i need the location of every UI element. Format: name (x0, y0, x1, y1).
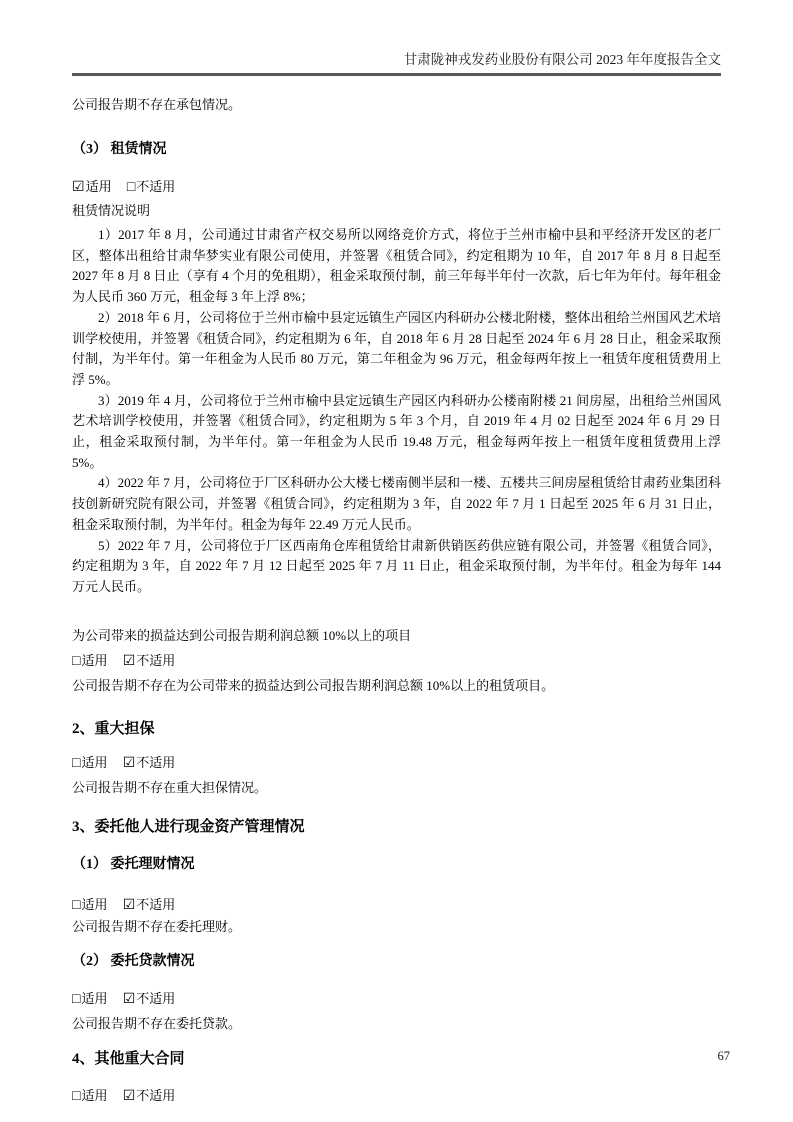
unchecked-box-icon: □ (72, 756, 80, 771)
heading-cash-management: 3、委托他人进行现金资产管理情况 (72, 816, 721, 838)
lease-item: 2）2018 年 6 月，公司将位于兰州市榆中县定远镇生产园区内科研办公楼北附楼… (72, 308, 721, 391)
not-applicable-label: 不适用 (136, 991, 175, 1006)
checked-box-icon: ☑ (123, 898, 136, 913)
checkbox-not-applicable: □不适用 (127, 179, 175, 194)
heading-entrusted-wealth: （1） 委托理财情况 (72, 855, 721, 875)
wealth-applicability-line: □适用 ☑不适用 (72, 895, 721, 916)
report-title: 甘肃陇神戎发药业股份有限公司 2023 年年度报告全文 (404, 52, 721, 67)
page-number: 67 (718, 1049, 731, 1064)
checkbox-not-applicable: ☑不适用 (123, 755, 176, 770)
checked-box-icon: ☑ (123, 654, 136, 669)
applicable-label: 适用 (81, 653, 107, 668)
checkbox-not-applicable: ☑不适用 (123, 1088, 176, 1103)
lease-profit-label: 为公司带来的损益达到公司报告期利润总额 10%以上的项目 (72, 626, 721, 646)
not-applicable-label: 不适用 (136, 653, 175, 668)
not-applicable-label: 不适用 (136, 179, 175, 194)
lease-item: 5）2022 年 7 月，公司将位于厂区西南角仓库租赁给甘肃新供销医药供应链有限… (72, 536, 721, 598)
loan-applicability-line: □适用 ☑不适用 (72, 989, 721, 1010)
checkbox-applicable: ☑适用 (72, 179, 112, 194)
applicable-label: 适用 (81, 897, 107, 912)
heading-other-contracts: 4、其他重大合同 (72, 1048, 721, 1070)
lease-item: 3）2019 年 4 月，公司将位于兰州市榆中县定远镇生产园区内科研办公楼南附楼… (72, 391, 721, 474)
unchecked-box-icon: □ (72, 992, 80, 1007)
report-page: 甘肃陇神戎发药业股份有限公司 2023 年年度报告全文 公司报告期不存在承包情况… (0, 0, 793, 1122)
lease-profit-applicability-line: □适用 ☑不适用 (72, 651, 721, 672)
not-applicable-label: 不适用 (136, 897, 175, 912)
guarantee-applicability-line: □适用 ☑不适用 (72, 753, 721, 774)
checkbox-applicable: □适用 (72, 897, 107, 912)
contracting-note: 公司报告期不存在承包情况。 (72, 95, 721, 115)
not-applicable-label: 不适用 (136, 755, 175, 770)
checked-box-icon: ☑ (72, 180, 85, 195)
lease-profit-note: 公司报告期不存在为公司带来的损益达到公司报告期利润总额 10%以上的租赁项目。 (72, 676, 721, 696)
heading-entrusted-loan: （2） 委托贷款情况 (72, 952, 721, 972)
lease-applicability-line: ☑适用 □不适用 (72, 177, 721, 198)
applicable-label: 适用 (86, 179, 112, 194)
heading-guarantee: 2、重大担保 (72, 718, 721, 740)
checkbox-applicable: □适用 (72, 1088, 107, 1103)
page-content: 公司报告期不存在承包情况。 （3） 租赁情况 ☑适用 □不适用 租赁情况说明 1… (72, 95, 721, 1107)
unchecked-box-icon: □ (72, 1089, 80, 1104)
checkbox-not-applicable: ☑不适用 (123, 991, 176, 1006)
loan-note: 公司报告期不存在委托贷款。 (72, 1014, 721, 1034)
checkbox-not-applicable: ☑不适用 (123, 897, 176, 912)
other-applicability-line: □适用 ☑不适用 (72, 1086, 721, 1107)
unchecked-box-icon: □ (127, 180, 135, 195)
page-header: 甘肃陇神戎发药业股份有限公司 2023 年年度报告全文 (72, 52, 721, 76)
lease-item: 1）2017 年 8 月，公司通过甘肃省产权交易所以网络竞价方式，将位于兰州市榆… (72, 225, 721, 308)
lease-item: 4）2022 年 7 月，公司将位于厂区科研办公大楼七楼南侧半层和一楼、五楼共三… (72, 473, 721, 535)
checkbox-applicable: □适用 (72, 755, 107, 770)
checked-box-icon: ☑ (123, 756, 136, 771)
checkbox-applicable: □适用 (72, 991, 107, 1006)
unchecked-box-icon: □ (72, 654, 80, 669)
applicable-label: 适用 (81, 755, 107, 770)
checked-box-icon: ☑ (123, 1089, 136, 1104)
applicable-label: 适用 (81, 1088, 107, 1103)
guarantee-note: 公司报告期不存在重大担保情况。 (72, 778, 721, 798)
lease-paragraphs: 1）2017 年 8 月，公司通过甘肃省产权交易所以网络竞价方式，将位于兰州市榆… (72, 225, 721, 598)
checkbox-not-applicable: ☑不适用 (123, 653, 176, 668)
unchecked-box-icon: □ (72, 898, 80, 913)
checked-box-icon: ☑ (123, 992, 136, 1007)
not-applicable-label: 不适用 (136, 1088, 175, 1103)
checkbox-applicable: □适用 (72, 653, 107, 668)
applicable-label: 适用 (81, 991, 107, 1006)
wealth-note: 公司报告期不存在委托理财。 (72, 917, 721, 937)
lease-explain-label: 租赁情况说明 (72, 201, 721, 221)
heading-lease: （3） 租赁情况 (72, 140, 721, 160)
